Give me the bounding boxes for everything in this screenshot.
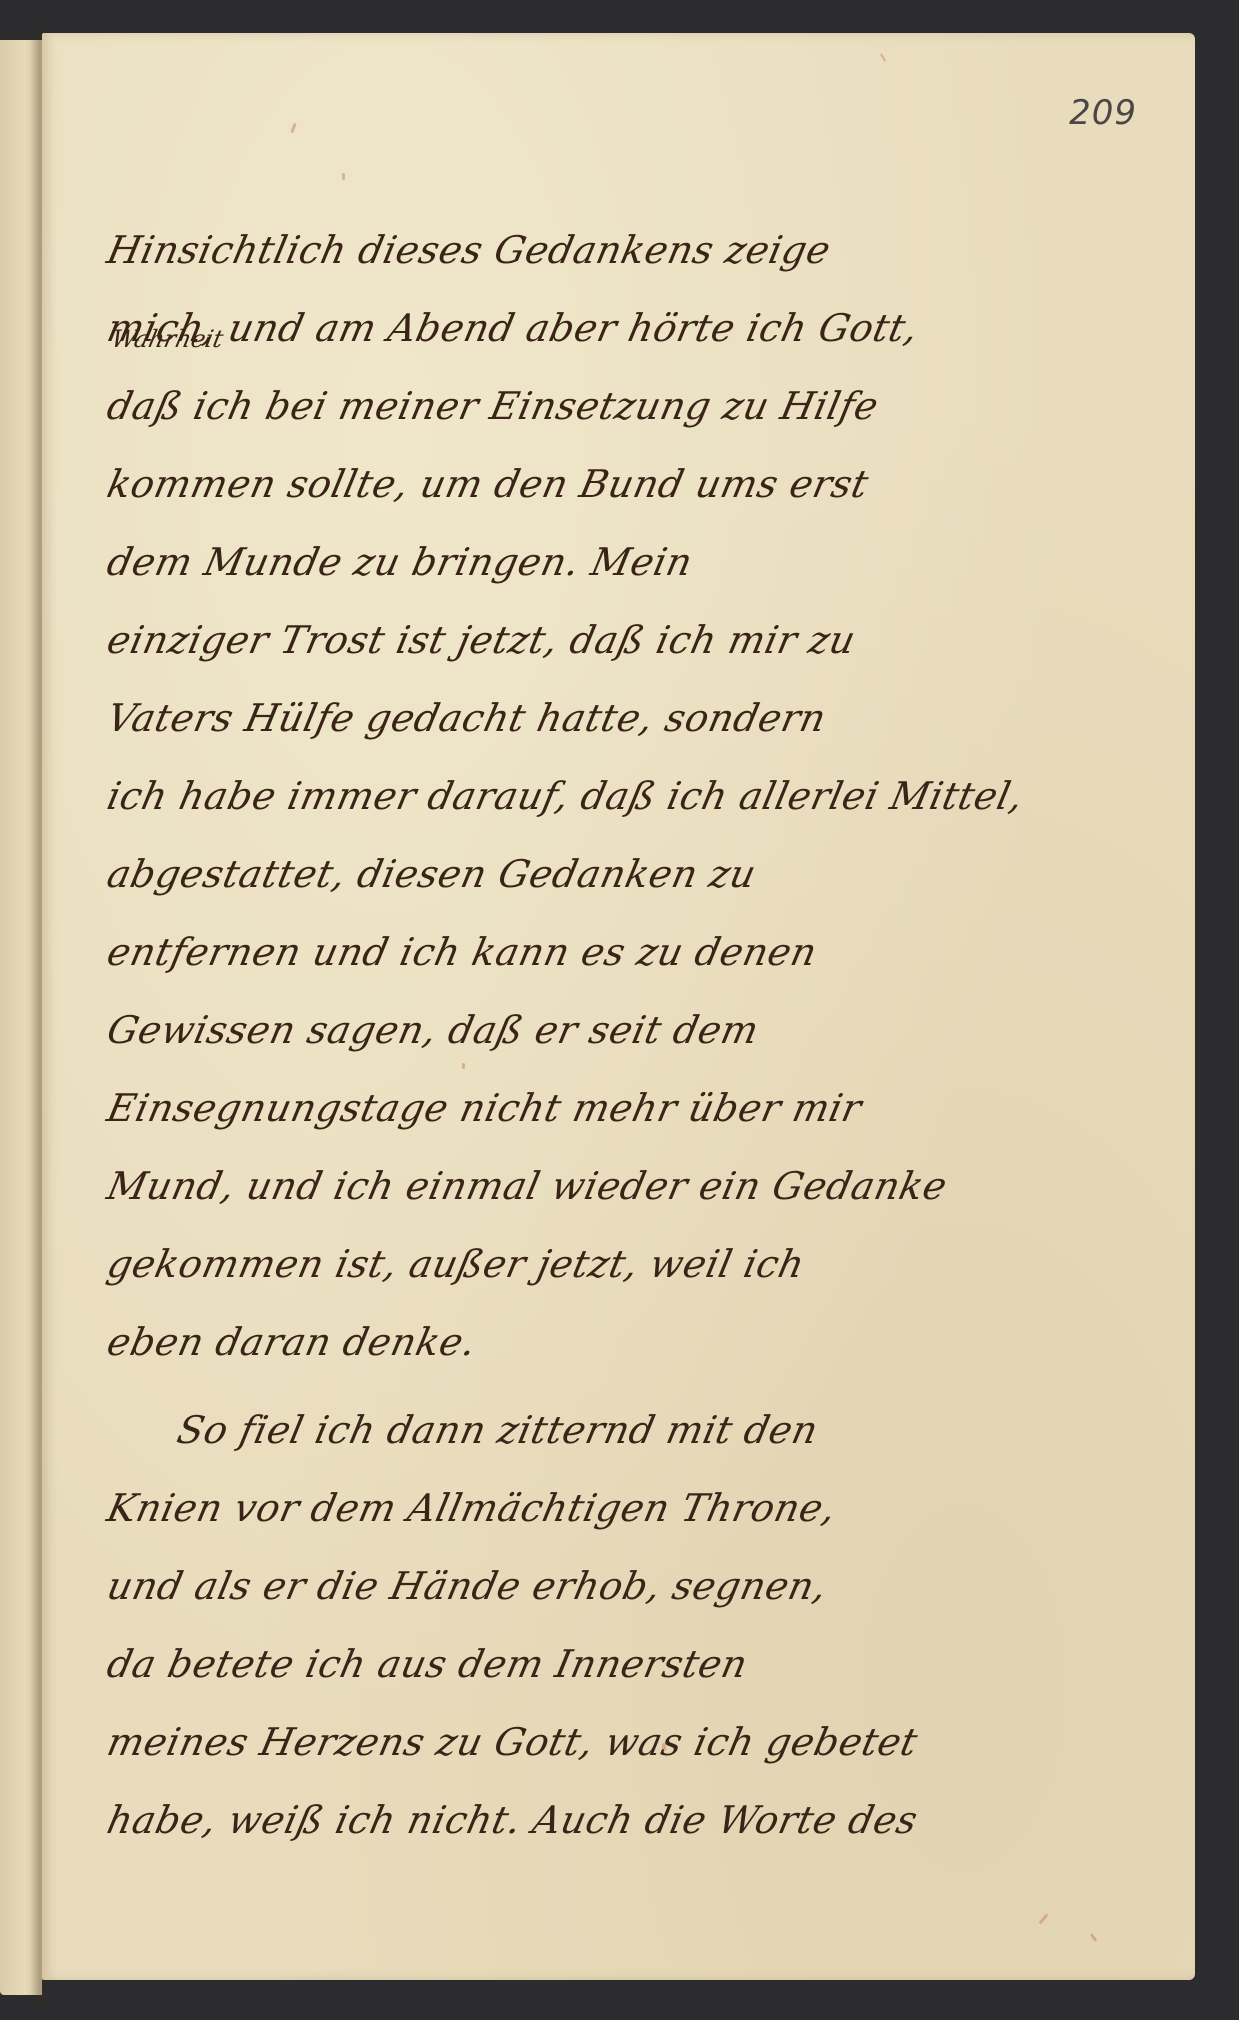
text-line: meines Herzens zu Gott, was ich gebetet (100, 1703, 977, 1781)
text-line: kommen sollte, um den Bund ums erst (100, 445, 977, 523)
text-line-paragraph-start: So fiel ich dann zitternd mit den (100, 1391, 977, 1469)
text-line: entfernen und ich kann es zu denen (100, 913, 977, 991)
text-line: dem Munde zu bringen. Mein (100, 523, 977, 601)
text-line: gekommen ist, außer jetzt, weil ich (100, 1225, 977, 1303)
text-line: Vaters Hülfe gedacht hatte, sondern (100, 679, 977, 757)
text-line: daß ich bei meiner Einsetzung zu Hilfe (100, 367, 977, 445)
text-line: habe, weiß ich nicht. Auch die Worte des (100, 1781, 977, 1859)
handwritten-text-block: Hinsichtlich dieses Gedankens zeige mich… (108, 211, 968, 1859)
manuscript-page: 209 Wahrheit Hinsichtlich dieses Gedanke… (42, 33, 1195, 1980)
text-line: Einsegnungstage nicht mehr über mir (100, 1069, 977, 1147)
text-line: abgestattet, diesen Gedanken zu (100, 835, 977, 913)
text-line: mich, und am Abend aber hörte ich Gott, (100, 289, 977, 367)
text-line: Knien vor dem Allmächtigen Throne, (100, 1469, 977, 1547)
text-line: Gewissen sagen, daß er seit dem (100, 991, 977, 1069)
text-line: Mund, und ich einmal wieder ein Gedanke (100, 1147, 977, 1225)
text-line: einziger Trost ist jetzt, daß ich mir zu (100, 601, 977, 679)
text-line: eben daran denke. (100, 1303, 977, 1381)
text-line: und als er die Hände erhob, segnen, (100, 1547, 977, 1625)
text-line: Hinsichtlich dieses Gedankens zeige (100, 211, 977, 289)
text-line: da betete ich aus dem Innersten (100, 1625, 977, 1703)
folio-number: 209 (1069, 93, 1137, 133)
text-line: ich habe immer darauf, daß ich allerlei … (100, 757, 977, 835)
